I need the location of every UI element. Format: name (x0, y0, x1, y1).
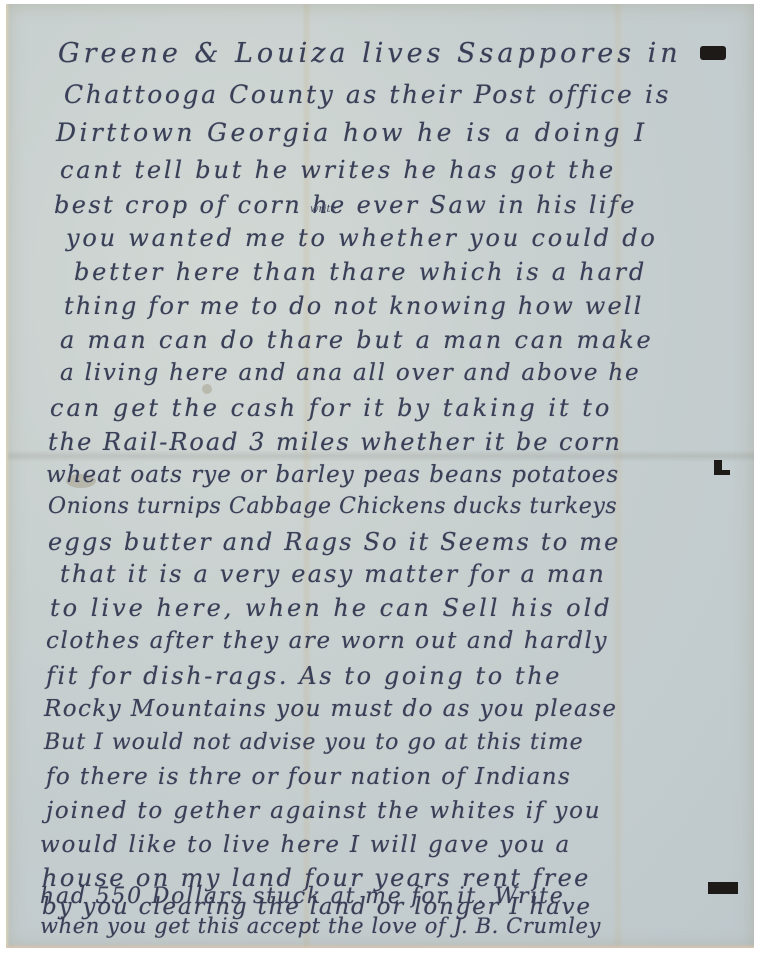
letter-line-9: a man can do thare but a man can make (60, 326, 654, 354)
letter-line-20: Rocky Mountains you must do as you pleas… (44, 696, 617, 722)
letter-line-7: better here than thare which is a hard (74, 258, 647, 286)
letter-page: Greene & Louiza lives Ssappores in Chatt… (6, 4, 754, 948)
letter-line-17: to live here, when he can Sell his old (50, 594, 613, 622)
interlinear-insert: write (310, 204, 336, 215)
letter-line-27: had 550 Dollars stuck at me for it. Writ… (40, 884, 565, 909)
letter-line-24: would like to live here I will gave you … (40, 832, 571, 858)
letter-line-28-closing-signature: when you get this accept the love of J. … (40, 914, 601, 938)
letter-line-2: Chattooga County as their Post office is (64, 80, 671, 109)
letter-line-13: wheat oats rye or barley peas beans pota… (46, 462, 619, 488)
letter-line-22: fo there is thre or four nation of India… (46, 764, 571, 790)
letter-line-14: Onions turnips Cabbage Chickens ducks tu… (48, 494, 617, 519)
letter-line-8: thing for me to do not knowing how well (64, 292, 644, 320)
letter-line-10: a living here and ana all over and above… (60, 360, 640, 386)
letter-line-3: Dirttown Georgia how he is a doing I (56, 118, 648, 147)
letter-line-21: But I would not advise you to go at this… (44, 730, 584, 755)
letter-line-23: joined to gether against the whites if y… (46, 798, 601, 824)
letter-line-4: cant tell but he writes he has got the (60, 156, 616, 184)
letter-line-11: can get the cash for it by taking it to (50, 394, 612, 422)
letter-line-15: eggs butter and Rags So it Seems to me (48, 528, 621, 556)
paper-edge-left (6, 4, 10, 948)
letter-line-12: the Rail-Road 3 miles whether it be corn (48, 428, 622, 456)
ink-blot-right-middle-tail (714, 470, 730, 475)
letter-line-6: you wanted me to whether you could do (66, 224, 658, 252)
letter-line-18: clothes after they are worn out and hard… (46, 628, 608, 654)
ink-blot-top-right (700, 46, 726, 60)
ink-blot-bottom-right (708, 882, 738, 894)
paper-edge-bottom (6, 944, 754, 948)
letter-line-1: Greene & Louiza lives Ssappores in (58, 38, 682, 69)
letter-line-5: best crop of corn he ever Saw in his lif… (54, 191, 637, 219)
letter-line-19: fit for dish-rags. As to going to the (46, 662, 562, 690)
letter-line-16: that it is a very easy matter for a man (60, 560, 606, 588)
